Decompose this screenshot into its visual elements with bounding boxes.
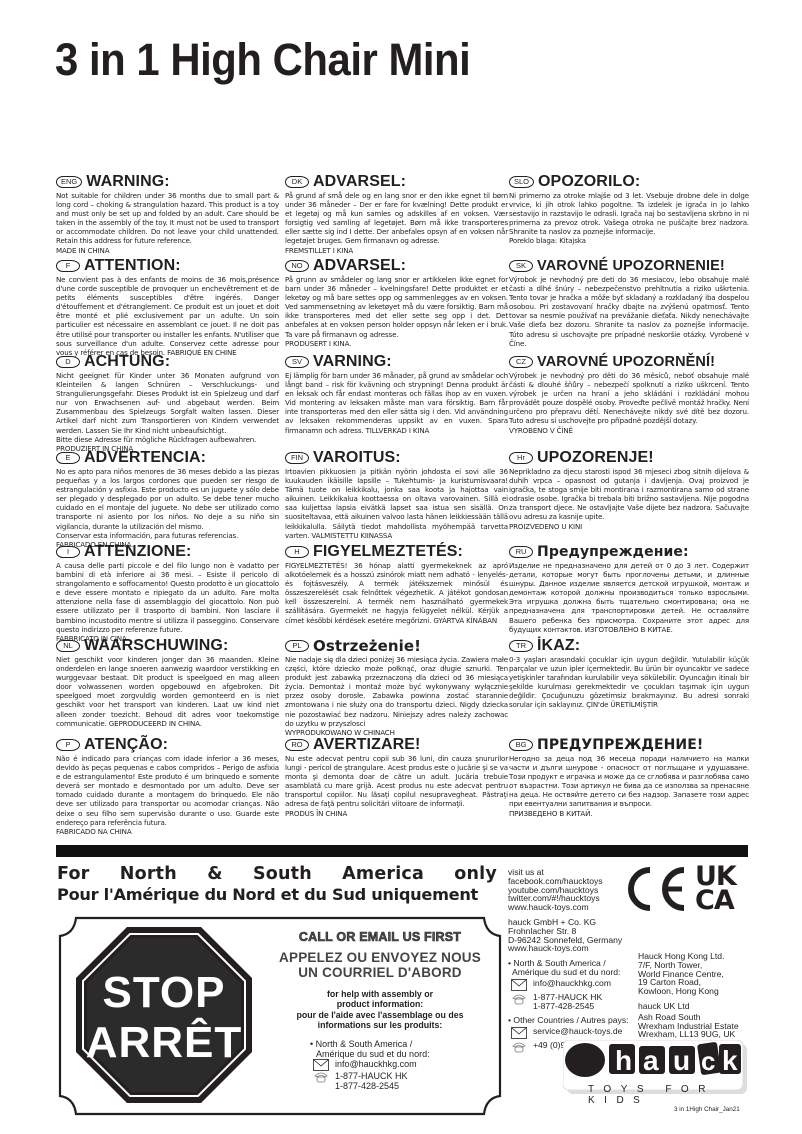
help-en-2: product information: <box>265 999 495 1009</box>
svg-text:u: u <box>673 1045 690 1076</box>
svg-text:a: a <box>643 1045 659 1076</box>
warning-block-ru: RU Предупреждение: Изделие не предназнач… <box>509 542 749 634</box>
region-word: & <box>207 864 222 884</box>
language-badge: SV <box>285 356 309 368</box>
region-word: South <box>253 864 312 884</box>
envelope-icon <box>511 979 527 991</box>
warning-header: FIN VAROITUS: <box>285 448 508 467</box>
warning-text: No es apto para niños menores de 36 mese… <box>56 467 279 531</box>
americas-contact: • North & South America / Amérique du su… <box>508 959 638 1010</box>
warning-title: UPOZORENJE! <box>537 449 654 467</box>
warning-header: RO AVERTIZARE! <box>285 735 508 754</box>
warning-text: Not suitable for children under 36 month… <box>56 191 279 246</box>
warning-text: Výrobek je nevhodný pro děti do 36 měsíc… <box>509 371 749 426</box>
email-link[interactable]: info@hauckhkg.com <box>533 979 611 988</box>
warning-block-nl: NL WAARSCHUWING: Niet geschikt voor kind… <box>56 636 279 728</box>
region-word: For <box>57 864 90 884</box>
warning-text: Изделие не предназначено для детей от 0 … <box>509 561 749 634</box>
phone-icon <box>511 1041 527 1053</box>
contact-column: visit us at facebook.com/haucktoys youtu… <box>508 868 638 1059</box>
warning-origin: Poreklo blaga: Kitajska <box>509 236 749 245</box>
social-links: visit us at facebook.com/haucktoys youtu… <box>508 868 638 912</box>
warning-text: Neprikladno za djecu starosti ispod 36 m… <box>509 467 749 522</box>
stop-label: STOP <box>74 968 254 1018</box>
warning-text: Ej lämplig för barn under 36 månader, på… <box>285 371 508 435</box>
language-badge: DK <box>285 176 309 188</box>
warning-block-f: F ATTENTION: Ne convient pas à des enfan… <box>56 256 279 357</box>
language-badge: NL <box>56 640 80 652</box>
phone-icon <box>313 1071 329 1083</box>
email-link[interactable]: service@hauck-toys.de <box>533 1027 622 1036</box>
arret-label: ARRÊT <box>74 1018 254 1068</box>
warning-origin: FREMSTILLET I KINA <box>285 246 508 255</box>
warning-text: På grund af små dele og en lang snor er … <box>285 191 508 246</box>
warning-title: ПРЕДУПРЕЖДЕНИЕ! <box>537 737 703 753</box>
address-line: hauck UK Ltd <box>638 1002 758 1011</box>
company-website-link[interactable]: www.hauck-toys.com <box>508 944 638 953</box>
phone-number[interactable]: 1-877-428-2545 <box>335 1081 408 1091</box>
call-first-info: CALL OR EMAIL US FIRST APPELEZ OU ENVOYE… <box>265 930 495 1091</box>
call-heading-fr-2: UN COURRIEL D'ABORD <box>265 965 495 980</box>
warning-text: Nicht geeignet für Kinder unter 36 Monat… <box>56 371 279 435</box>
warning-header: D ACHTUNG: <box>56 352 279 371</box>
warning-header: DK ADVARSEL: <box>285 172 508 191</box>
language-badge: ENG <box>56 176 82 188</box>
hong-kong-address: Hauck Hong Kong Ltd. 7/F, North Tower, W… <box>638 952 758 996</box>
language-badge: BG <box>509 739 533 751</box>
call-contacts: • North & South America / Amérique du su… <box>310 1039 495 1091</box>
uk-address: hauck UK Ltd Ash Road South Wrexham Indu… <box>638 1002 758 1039</box>
warning-origin: PROIZVEDENO U KINI <box>509 522 749 531</box>
warning-header: RU Предупреждение: <box>509 542 749 561</box>
language-badge: RU <box>509 546 533 558</box>
language-badge: E <box>56 452 80 464</box>
svg-text:c: c <box>701 1046 715 1076</box>
ce-mark-icon <box>622 867 688 911</box>
job-code: 3 in 1High Chair_Jan21 <box>674 1106 740 1113</box>
help-fr-2: informations sur les produits: <box>265 1020 495 1030</box>
warning-header: I ATTENZIONE: <box>56 542 279 561</box>
warning-header: NO ADVARSEL: <box>285 256 508 275</box>
warning-title: WARNING: <box>86 173 169 191</box>
envelope-icon <box>511 1027 527 1039</box>
language-badge: Hr <box>509 452 533 464</box>
warning-origin: VYROBENO V ČÍNĚ <box>509 426 749 435</box>
warning-title: VAROVNÉ UPOZORNENIE! <box>537 258 725 274</box>
warning-title: ACHTUNG: <box>84 353 170 371</box>
warning-header: SK VAROVNÉ UPOZORNENIE! <box>509 256 749 275</box>
language-badge: NO <box>285 260 309 272</box>
warning-title: VAROVNÉ UPOZORNĚNÍ! <box>537 354 715 370</box>
warning-block-e: E ADVERTENCIA: No es apto para niños men… <box>56 448 279 549</box>
email-link[interactable]: info@hauckhkg.com <box>335 1059 417 1069</box>
ukca-mark-icon: UK CA <box>695 865 736 913</box>
envelope-icon <box>313 1059 329 1071</box>
ukca-line-2: CA <box>695 889 736 913</box>
warning-origin: PRODUS ÎN CHINA <box>285 809 508 818</box>
call-heading-fr-1: APPELEZ OU ENVOYEZ NOUS <box>265 950 495 965</box>
warning-block-dk: DK ADVARSEL: På grund af små dele og en … <box>285 172 508 255</box>
language-badge: RO <box>285 739 309 751</box>
region-notice-fr: Pour l'Amérique du Nord et du Sud unique… <box>57 884 497 906</box>
warning-block-fin: FIN VAROITUS: Irtoavien pikkuosien ja pi… <box>285 448 508 540</box>
logo-tagline: TOYS FOR KIDS <box>588 1084 746 1106</box>
warning-block-sv: SV VARNING: Ej lämplig för barn under 36… <box>285 352 508 435</box>
help-fr-1: pour de l'aide avec l'assemblage ou des <box>265 1010 495 1020</box>
warning-text: Nu este adecvat pentru copii sub 36 luni… <box>285 754 508 809</box>
warning-origin: ПРИЗВЕДЕНО В КИТАЙ. <box>509 809 749 818</box>
warning-header: SLO OPOZORILO: <box>509 172 749 191</box>
warning-title: FIGYELMEZTETÉS: <box>313 543 463 561</box>
offices-column: Hauck Hong Kong Ltd. 7/F, North Tower, W… <box>638 952 758 1045</box>
warning-text: Негодно за деца под 36 месеца поради нал… <box>509 754 749 809</box>
address-line: Kowloon, Hong Kong <box>638 987 758 996</box>
warning-block-d: D ACHTUNG: Nicht geeignet für Kinder unt… <box>56 352 279 453</box>
warning-title: ATTENTION: <box>84 257 181 275</box>
language-badge: FIN <box>285 452 309 464</box>
warning-header: P ATENÇÃO: <box>56 735 279 754</box>
website-link[interactable]: www.hauck-toys.com <box>508 903 638 912</box>
warning-title: Ostrzeżenie! <box>313 637 421 655</box>
svg-text:h: h <box>615 1045 632 1076</box>
divider-bar <box>56 845 748 857</box>
warning-title: Предупреждение: <box>537 544 689 560</box>
warning-title: ATENÇÃO: <box>84 736 168 754</box>
language-badge: I <box>56 546 80 558</box>
region-word: only <box>454 864 497 884</box>
warning-header: E ADVERTENCIA: <box>56 448 279 467</box>
other-countries-label: • Other Countries / Autres pays: <box>508 1016 638 1025</box>
region-label: • North & South America / <box>310 1039 495 1049</box>
warning-block-pl: PL Ostrzeżenie! Nie nadaje się dla dziec… <box>285 636 508 737</box>
warning-text: Niet geschikt voor kinderen jonger dan 3… <box>56 655 279 728</box>
warning-title: ADVARSEL: <box>313 173 406 191</box>
warning-block-tr: TR İKAZ: 0-3 yaşları arasındaki çocuklar… <box>509 636 749 710</box>
warning-header: PL Ostrzeżenie! <box>285 636 508 655</box>
language-badge: SK <box>509 260 533 272</box>
language-badge: TR <box>509 640 533 652</box>
region-notice-en: For North & South America only <box>57 864 497 884</box>
region-label-fr: Amérique du sud et du nord: <box>316 1049 495 1059</box>
warning-title: ATTENZIONE: <box>84 543 191 561</box>
warning-text: Výrobok je nevhodný pre deti do 36 mesia… <box>509 275 749 348</box>
language-badge: PL <box>285 640 309 652</box>
warning-title: ADVERTENCIA: <box>84 449 206 467</box>
warning-text: FIGYELMEZTETÉS! 36 hónap alatti gyermeke… <box>285 561 508 625</box>
warning-title: İKAZ: <box>537 637 580 655</box>
svg-text:k: k <box>722 1045 738 1076</box>
warning-block-hr: Hr UPOZORENJE! Neprikladno za djecu star… <box>509 448 749 531</box>
warning-block-bg: BG ПРЕДУПРЕЖДЕНИЕ! Негодно за деца под 3… <box>509 735 749 818</box>
company-address: hauck GmbH + Co. KG Frohnlacher Str. 8 D… <box>508 918 638 953</box>
phone-number[interactable]: 1-877-428-2545 <box>533 1002 602 1011</box>
warning-block-ro: RO AVERTIZARE! Nu este adecvat pentru co… <box>285 735 508 818</box>
warning-title: ADVARSEL: <box>313 257 406 275</box>
warning-title: VARNING: <box>313 353 392 371</box>
warning-text: Ne convient pas à des enfants de moins d… <box>56 275 279 357</box>
language-badge: CZ <box>509 356 533 368</box>
warning-block-h: H FIGYELMEZTETÉS: FIGYELMEZTETÉS! 36 hón… <box>285 542 508 625</box>
help-en-1: for help with assembly or <box>265 989 495 999</box>
region-word: America <box>342 864 424 884</box>
warning-header: F ATTENTION: <box>56 256 279 275</box>
call-heading-en: CALL OR EMAIL US FIRST <box>265 930 495 945</box>
warning-block-p: P ATENÇÃO: Não é indicado para crianças … <box>56 735 279 836</box>
warning-header: CZ VAROVNÉ UPOZORNĚNÍ! <box>509 352 749 371</box>
region-word: North <box>120 864 177 884</box>
warning-origin: MADE IN CHINA <box>56 246 279 255</box>
page-title: 3 in 1 High Chair Mini <box>55 34 470 86</box>
address-line: Wrexham, LL13 9UG, UK <box>638 1030 758 1039</box>
phone-number[interactable]: 1-877-HAUCK HK <box>335 1071 408 1081</box>
warning-title: AVERTIZARE! <box>313 736 420 754</box>
warning-block-no: NO ADVARSEL: På grunn av smådeler og lan… <box>285 256 508 348</box>
language-badge: D <box>56 356 80 368</box>
warning-header: SV VARNING: <box>285 352 508 371</box>
language-badge: P <box>56 739 80 751</box>
warning-text: A causa delle parti piccole e del filo l… <box>56 561 279 634</box>
warning-text: På grunn av smådeler og lang snor er art… <box>285 275 508 339</box>
warning-origin: PRODUSERT I KINA. <box>285 339 508 348</box>
language-badge: F <box>56 260 80 272</box>
warning-text: Nie nadaje się dla dzieci poniżej 36 mie… <box>285 655 508 728</box>
warning-text: 0-3 yaşları arasındaki çocuklar için uyg… <box>509 655 749 710</box>
warning-block-eng: ENG WARNING: Not suitable for children u… <box>56 172 279 255</box>
warning-header: H FIGYELMEZTETÉS: <box>285 542 508 561</box>
warning-header: Hr UPOZORENJE! <box>509 448 749 467</box>
warning-header: ENG WARNING: <box>56 172 279 191</box>
warning-block-i: I ATTENZIONE: A causa delle parti piccol… <box>56 542 279 643</box>
warning-origin: FABRICADO NA CHINA <box>56 827 279 836</box>
warning-title: OPOZORILO: <box>538 173 640 191</box>
warning-block-cz: CZ VAROVNÉ UPOZORNĚNÍ! Výrobek je nevhod… <box>509 352 749 435</box>
warning-header: NL WAARSCHUWING: <box>56 636 279 655</box>
warning-title: WAARSCHUWING: <box>84 637 228 655</box>
warning-header: BG ПРЕДУПРЕЖДЕНИЕ! <box>509 735 749 754</box>
warning-header: TR İKAZ: <box>509 636 749 655</box>
americas-label-fr: Amérique du sud et du nord: <box>512 968 638 977</box>
warning-block-sk: SK VAROVNÉ UPOZORNENIE! Výrobok je nevho… <box>509 256 749 348</box>
warning-title: VAROITUS: <box>313 449 401 467</box>
warning-text: Ni primerno za otroke mlajše od 3 let. V… <box>509 191 749 236</box>
language-badge: SLO <box>509 176 534 188</box>
warning-text: Não é indicado para crianças com idade i… <box>56 754 279 827</box>
warning-text: Irtoavien pikkuosien ja pitkän nyörin jo… <box>285 467 508 540</box>
phone-icon <box>511 993 527 1005</box>
warning-block-slo: SLO OPOZORILO: Ni primerno za otroke mla… <box>509 172 749 246</box>
language-badge: H <box>285 546 309 558</box>
